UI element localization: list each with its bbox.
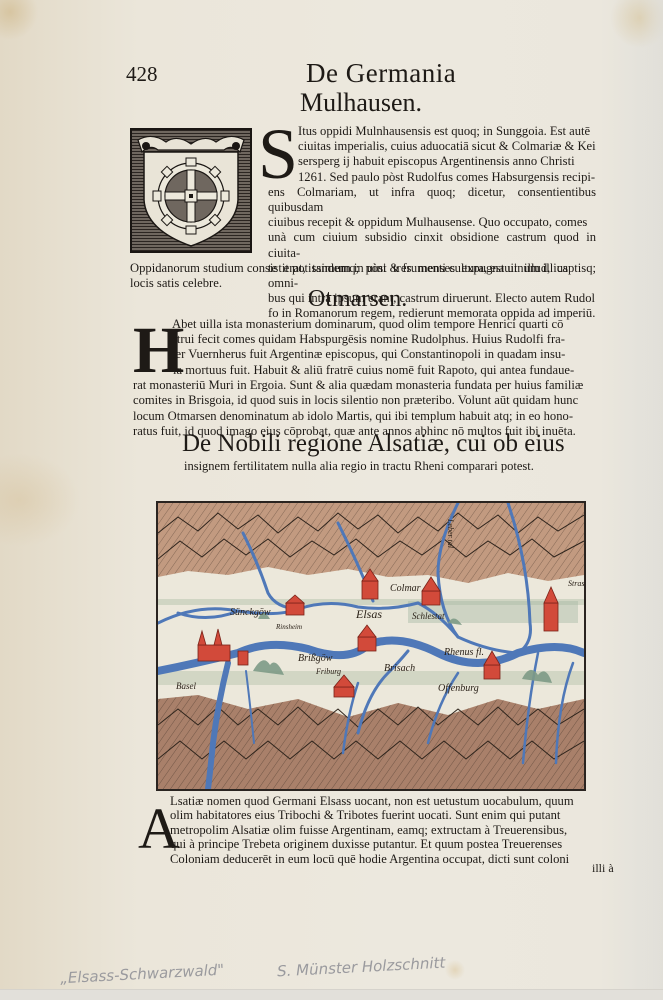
section-subheading-alsatia: insignem fertilitatem nulla alia regio i…	[184, 459, 534, 474]
map-label-basel: Basel	[176, 681, 196, 691]
map-label-colmar: Colmar	[390, 583, 421, 594]
map-label-rinsheim: Rinsheim	[276, 623, 302, 631]
map-label-sundgau: Sünckgöw	[230, 607, 271, 618]
text-line: comites in Brisgoia, id quod suis in loc…	[133, 393, 597, 408]
text-line: Itus oppidi Mulnhausensis est quoq; in S…	[268, 124, 596, 139]
map-label-brisgau: Brißgöw	[298, 653, 332, 664]
mill-wheel-icon	[132, 130, 250, 251]
map-label-brisach: Brisach	[384, 663, 415, 674]
text-line: ciuibus recepit & oppidum Mulhausense. Q…	[268, 215, 596, 230]
map-label-friburg: Friburg	[316, 667, 341, 676]
running-head: De Germania	[306, 58, 456, 89]
text-line: metropolim Alsatiæ olim fuisse Argentina…	[170, 823, 618, 837]
otmarsen-paragraph-tail: la mortuus fuit. Habuit & aliū fratrē cu…	[133, 363, 597, 439]
section-heading-otmarsen: Otmarsen.	[308, 286, 407, 313]
map-label-rhenus: Rhenus fl.	[444, 647, 484, 658]
text-line: qui à principe Trebeta originem duxisse …	[170, 837, 618, 851]
scan-bottom-edge	[0, 989, 663, 1000]
map-label-strasburg: Strasburg	[568, 579, 586, 588]
pencil-note-attribution: S. Münster Holzschnitt	[277, 954, 446, 981]
text-line: Coloniam deducerēt in eum locū quē hodie…	[170, 852, 618, 866]
map-label-lebertal: Leber tal	[446, 519, 455, 548]
text-line: sersperg ij habuit episcopus Argentinens…	[268, 154, 596, 169]
coat-of-arms-woodcut	[130, 128, 252, 253]
text-line: unà cum ciuium subsidio cinxit obsidione…	[268, 230, 596, 260]
text-line: olim habitatores eius Tribochi & Tribote…	[170, 808, 618, 822]
section-heading-mulhausen: Mulhausen.	[300, 88, 422, 118]
alsatia-paragraph: Lsatiæ nomen quod Germani Elsass uocant,…	[170, 794, 618, 866]
text-line: la mortuus fuit. Habuit & aliū fratrē cu…	[133, 363, 597, 378]
text-line: ens Colmariam, ut infra quoq; dicetur, c…	[268, 185, 596, 215]
text-line: ter Vuernherus fuit Argentinæ episcopus,…	[172, 347, 597, 362]
map-illustration	[158, 503, 584, 789]
page-number: 428	[126, 62, 158, 87]
text-line: ciuitas imperialis, cuius aduocatiā sicu…	[268, 139, 596, 154]
catchword: illi à	[592, 861, 614, 876]
alsace-woodcut-map: Colmar Strasburg Sünckgöw Rinsheim Elsas…	[156, 501, 586, 791]
text-line: rat monasteriū Muri in Ergoia. Sunt & al…	[133, 378, 597, 393]
otmarsen-paragraph: Abet uilla ista monasterium dominarum, q…	[172, 317, 597, 363]
map-label-offenburg: Offenburg	[438, 683, 479, 694]
map-label-schlestat: Schlestat	[412, 611, 445, 621]
text-line: Abet uilla ista monasterium dominarum, q…	[172, 317, 597, 332]
pencil-note-region: „Elsass-Schwarzwald"	[60, 961, 225, 988]
text-line: 1261. Sed paulo pòst Rudolfus comes Habs…	[268, 170, 596, 185]
text-line: Lsatiæ nomen quod Germani Elsass uocant,…	[170, 794, 618, 808]
text-line: Oppidanorum studium consistit potissimum…	[130, 261, 596, 276]
text-line: strui fecit comes quidam Habspurgēsis no…	[172, 332, 597, 347]
text-line: locum Otmarsen denominatum ab idolo Mart…	[133, 409, 597, 424]
map-label-elsas: Elsas	[356, 607, 382, 622]
section-heading-alsatia: De Nobili regione Alsatiæ, cui ob eius	[182, 430, 565, 458]
page-edge	[639, 0, 663, 1000]
